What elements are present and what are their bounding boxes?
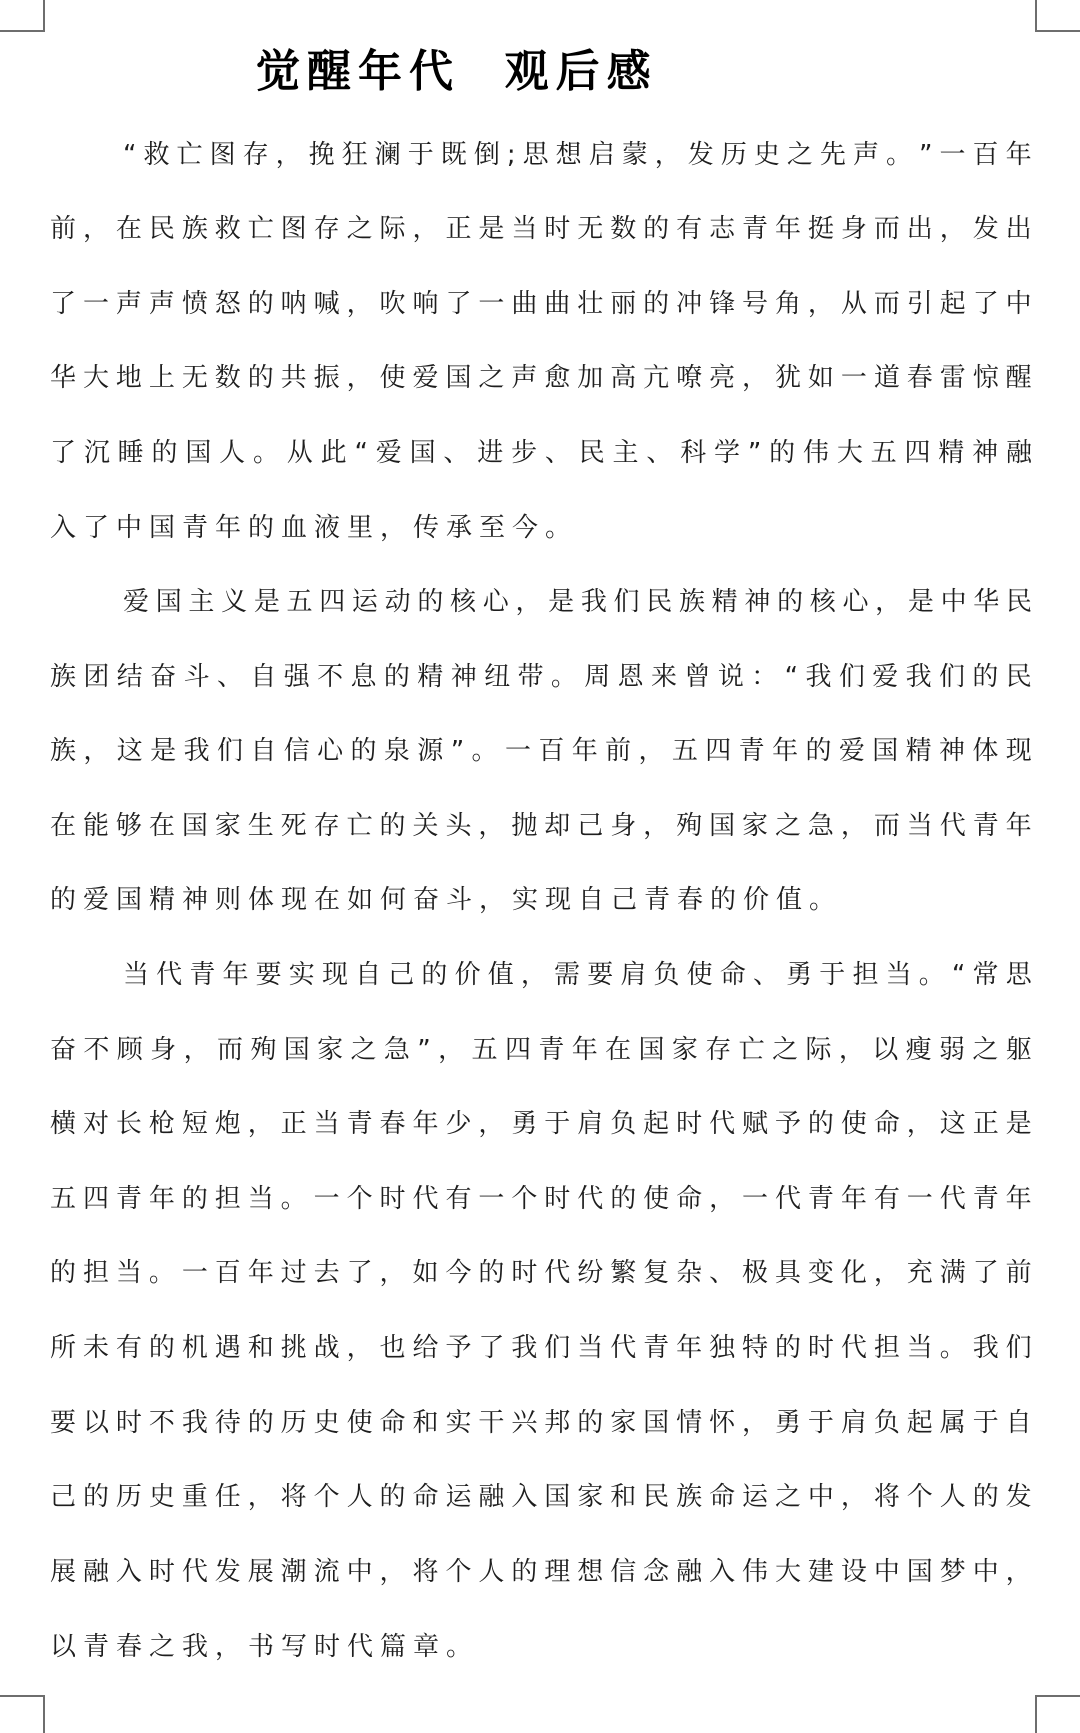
document-title: 觉醒年代 观后感 — [256, 44, 658, 100]
text-line: 前，在民族救亡图存之际，正是当时无数的有志青年挺身而出，发出 — [50, 209, 1032, 249]
text-line: 以青春之我，书写时代篇章。 — [50, 1627, 1032, 1667]
text-line: 族，这是我们自信心的泉源”。一百年前，五四青年的爱国精神体现 — [50, 731, 1032, 771]
text-line: 了一声声愤怒的呐喊，吹响了一曲曲壮丽的冲锋号角，从而引起了中 — [50, 284, 1032, 324]
text-line: 的爱国精神则体现在如何奋斗，实现自己青春的价值。 — [50, 880, 1032, 920]
text-line: 了沉睡的国人。从此“爱国、进步、民主、科学”的伟大五四精神融 — [50, 433, 1032, 473]
crop-mark-line — [1035, 1695, 1080, 1697]
text-line: 华大地上无数的共振，使爱国之声愈加高亢嘹亮，犹如一道春雷惊醒 — [50, 358, 1032, 398]
text-line: 的担当。一百年过去了，如今的时代纷繁复杂、极具变化，充满了前 — [50, 1253, 1032, 1293]
crop-mark-line — [43, 0, 45, 32]
crop-mark-line — [0, 30, 45, 32]
text-line: 所未有的机遇和挑战，也给予了我们当代青年独特的时代担当。我们 — [50, 1328, 1032, 1368]
text-line: 奋不顾身，而殉国家之急”，五四青年在国家存亡之际，以瘦弱之躯 — [50, 1030, 1032, 1070]
text-line: 横对长枪短炮，正当青春年少，勇于肩负起时代赋予的使命，这正是 — [50, 1104, 1032, 1144]
text-line: “救亡图存，挽狂澜于既倒;思想启蒙，发历史之先声。”一百年 — [123, 135, 1032, 175]
text-line: 在能够在国家生死存亡的关头，抛却己身，殉国家之急，而当代青年 — [50, 806, 1032, 846]
crop-mark-line — [1035, 0, 1037, 32]
text-line: 己的历史重任，将个人的命运融入国家和民族命运之中，将个人的发 — [50, 1477, 1032, 1517]
text-line: 展融入时代发展潮流中，将个人的理想信念融入伟大建设中国梦中， — [50, 1552, 1032, 1592]
text-line: 族团结奋斗、自强不息的精神纽带。周恩来曾说：“我们爱我们的民 — [50, 657, 1032, 697]
crop-mark-line — [0, 1695, 45, 1697]
crop-mark-line — [1035, 30, 1080, 32]
text-line: 入了中国青年的血液里，传承至今。 — [50, 508, 1032, 548]
text-line: 爱国主义是五四运动的核心，是我们民族精神的核心，是中华民 — [123, 582, 1032, 622]
text-line: 要以时不我待的历史使命和实干兴邦的家国情怀，勇于肩负起属于自 — [50, 1403, 1032, 1443]
crop-mark-line — [43, 1695, 45, 1733]
text-line: 当代青年要实现自己的价值，需要肩负使命、勇于担当。“常思 — [123, 955, 1032, 995]
crop-mark-line — [1035, 1695, 1037, 1733]
text-line: 五四青年的担当。一个时代有一个时代的使命，一代青年有一代青年 — [50, 1179, 1032, 1219]
